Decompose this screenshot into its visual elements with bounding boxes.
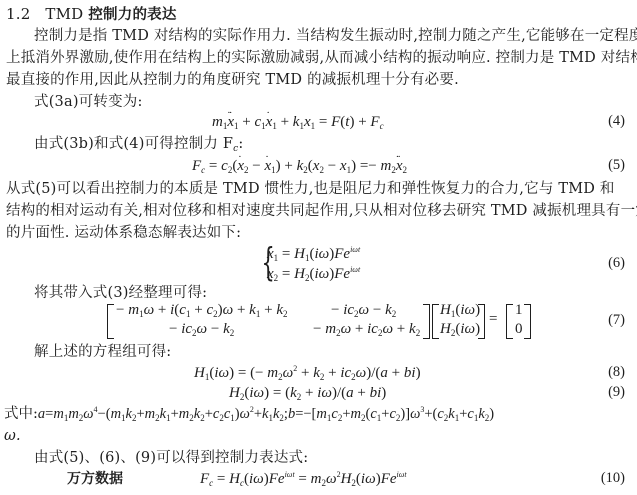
equation-number: (6) [608,255,625,272]
matrix-left-bracket [107,304,114,339]
matrix-cell-2-1: − ic2ω − k2 [169,321,234,338]
rhs-right-bracket [524,304,531,339]
equation-number: (7) [608,312,625,329]
equation-number: (10) [601,470,625,487]
rhs-cell-2: 0 [515,321,523,338]
equation-4: m1x1 + c1x1 + k1x1 = F(t) + Fc [212,113,384,131]
paragraph-line: 由式(5)、(6)、(9)可以得到控制力表达式: [34,449,308,467]
equation-6-row-2: x2 = H2(iω)Feiωt [267,265,360,283]
vector-cell-1: H1(iω) [440,302,480,319]
matrix-cell-1-1: − m1ω + i(c1 + c2)ω + k1 + k2 [116,302,287,319]
equation-6-row-1: x1 = H1(iω)Feiωt [267,245,360,263]
paragraph-line: 解上述的方程组可得: [34,343,171,361]
vector-left-bracket [432,304,439,339]
vector-cell-2: H2(iω) [440,321,480,338]
rhs-left-bracket [506,304,513,339]
rhs-cell-1: 1 [515,302,523,319]
parameter-definitions: 式中:a=m1m2ω4−(m1k2+m2k1+m2k2+c2c1)ω2+k1k2… [4,405,494,423]
equation-9: H2(iω) = (k2 + iω)/(a + bi) [229,384,386,402]
matrix-cell-2-2: − m2ω + ic2ω + k2 [313,321,420,338]
watermark-text: 万方数据 [67,468,123,488]
vector-right-bracket [478,304,485,339]
definitions-tail: ω. [4,427,21,445]
paragraph-line: 最直接的作用,因此从控制力的角度研究 TMD 的减振机理十分有必要. [6,71,459,89]
section-title: 控制力的表达 [88,7,176,23]
paragraph-line: 式(3a)可转变为: [34,93,143,111]
paragraph-line: 由式(3b)和式(4)可得控制力 Fc: [34,135,243,153]
matrix-right-bracket [423,304,430,339]
matrix-cell-1-2: − ic2ω − k2 [331,302,396,319]
paragraph-text: 由式(3b)和式(4)可得控制力 F [34,136,233,152]
paragraph-line: 从式(5)可以看出控制力的本质是 TMD 惯性力,也是阻尼力和弹性恢复力的合力,… [6,180,615,198]
equation-number: (4) [608,113,625,130]
definitions-prefix: 式中: [4,406,38,422]
paragraph-line: 将其带入式(3)经整理可得: [34,284,207,302]
equation-8: H1(iω) = (− m2ω2 + k2 + ic2ω)/(a + bi) [194,364,421,382]
section-title-prefix: TMD [45,5,83,23]
paragraph-line: 上抵消外界激励,使作用在结构上的实际激励减弱,从而减小结构的振动响应. 控制力是… [6,49,637,67]
equation-number: (5) [608,157,625,174]
equation-number: (9) [608,384,625,401]
equation-number: (8) [608,364,625,381]
section-number: 1.2 [6,5,30,23]
section-heading: 1.2 TMD 控制力的表达 [6,5,177,24]
paragraph-line: 的片面性. 运动体系稳态解表达如下: [6,224,241,242]
equation-10: Fc = Hc(iω)Feiωt = m2ω2H2(iω)Feiωt [200,470,407,488]
paragraph-line: 控制力是指 TMD 对结构的实际作用力. 当结构发生振动时,控制力随之产生,它能… [34,27,637,45]
paragraph-line: 结构的相对运动有关,相对位移和相对速度共同起作用,只从相对位移去研究 TMD 减… [6,202,637,220]
equation-5: Fc = c2(x2 − x1) + k2(x2 − x1) =− m2x2 [192,157,407,175]
equals-sign: = [489,311,497,328]
